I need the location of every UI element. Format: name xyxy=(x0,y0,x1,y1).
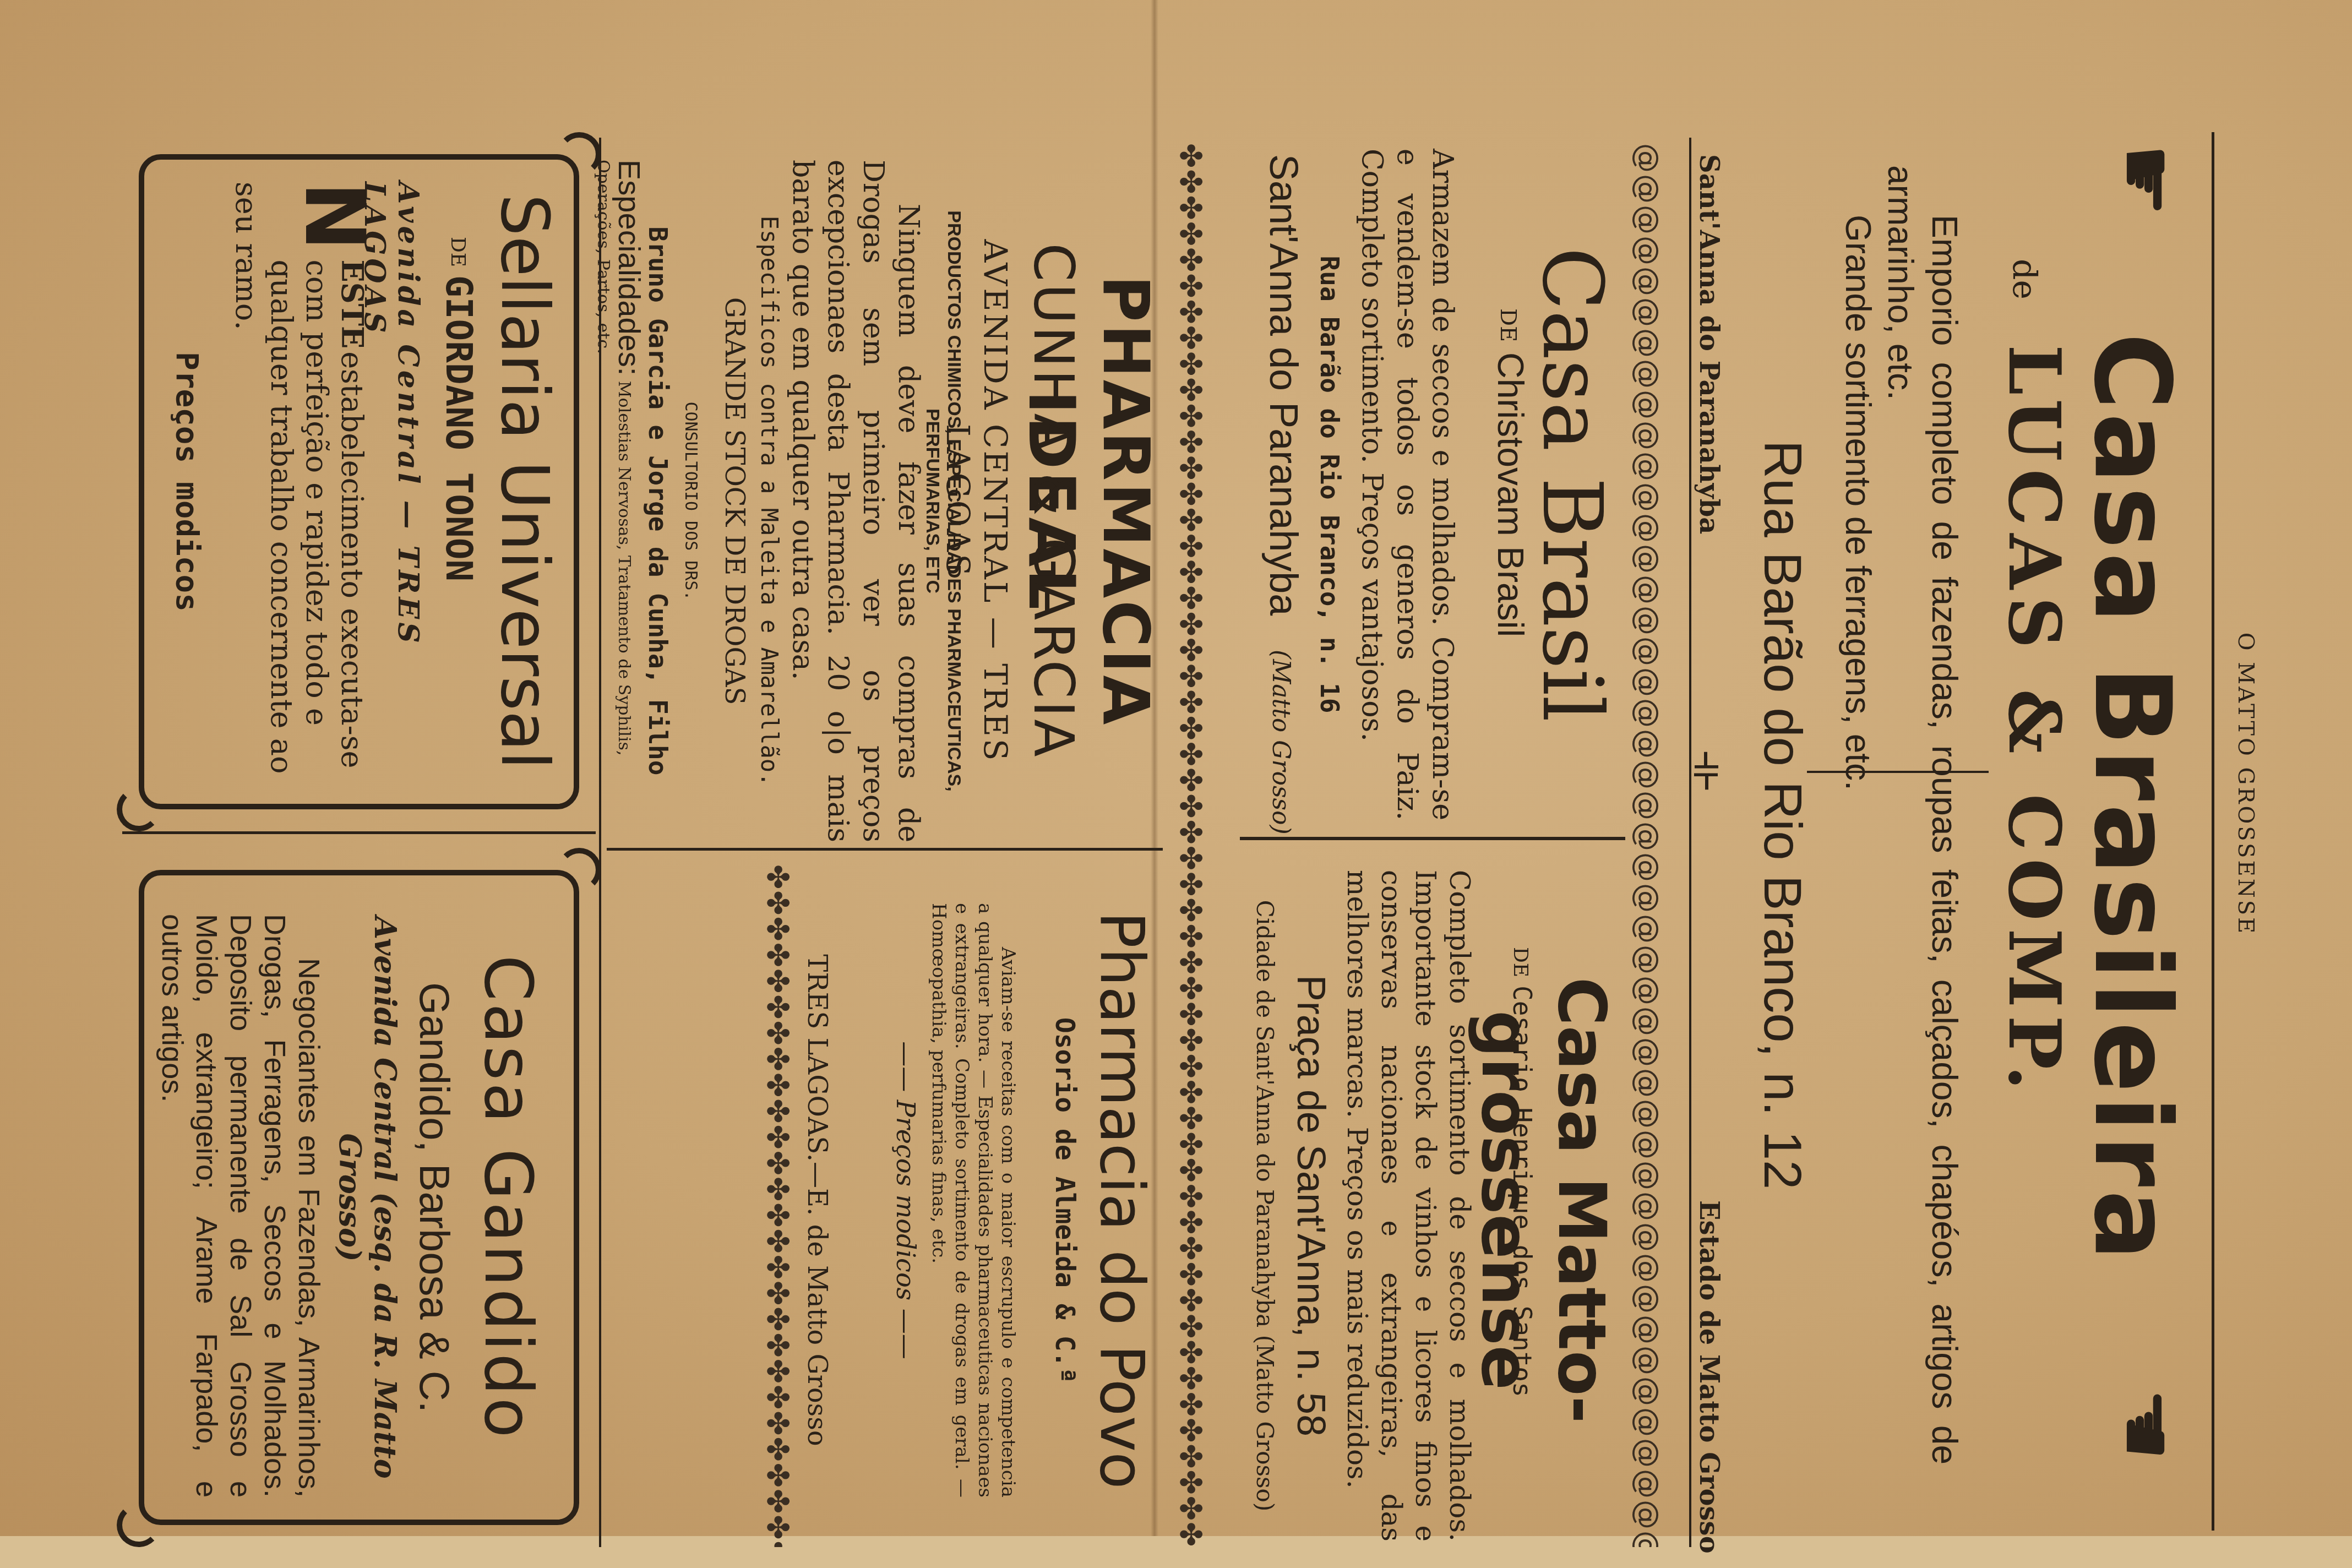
casa-gandido-body: Negociantes em Fazendas, Armarinhos, Dro… xyxy=(155,914,326,1498)
pharmacia-ideal-owner: CUNHA & GARCIA xyxy=(1021,160,1086,842)
casa-brasileira-city: Sant'Anna do Paranahyba xyxy=(1694,154,1724,534)
casa-brasileira-body: Emporio completo de fazendas, roupas fei… xyxy=(1879,165,1967,1464)
pharmacia-do-povo-owner: Osorio de Almeida & C.ª xyxy=(1049,892,1080,1509)
casa-brasileira-address: Rua Barão do Rio Branco, n. 12 xyxy=(1752,165,1812,1464)
casa-brasileira-de: de xyxy=(2005,259,2044,300)
pharmacia-ideal-body: Ninguem deve fazer suas compras de Droga… xyxy=(785,160,926,842)
sellaria-universal-de: DE xyxy=(447,237,469,267)
pharmacia-ideal-products: PRODUCTOS CHIMICOS, ESPECIALIDADES PHARM… xyxy=(922,149,965,853)
casa-matto-grossense-owner: Cesario Henrique dos Santos xyxy=(1507,986,1537,1397)
sellaria-universal-title: Sellaria Universal xyxy=(486,165,563,798)
section-rule xyxy=(1689,138,1691,1547)
specialties-label: Especialidades: xyxy=(612,160,647,375)
pharmacia-do-povo-body: Aviam-se receitas com o maior escrupulo … xyxy=(927,903,1020,1498)
casa-matto-grossense-address: Praça de Sant'Anna, n. 58 xyxy=(1288,870,1333,1542)
ornament-border-clover: ✤✤✤✤✤✤✤✤✤✤✤✤✤✤✤✤✤✤✤✤✤✤✤✤✤✤✤✤✤✤✤✤✤✤✤✤✤✤✤✤… xyxy=(1174,143,1207,1547)
casa-gandido-address: Avenida Central (esq. da R. Matto Grosso… xyxy=(333,881,403,1514)
pharmacia-do-povo-title: Pharmacia do Povo xyxy=(1087,892,1157,1509)
pharmacia-ideal-doctors: Bruno Garcia e Jorge da Cunha, Filho xyxy=(643,149,673,853)
casa-gandido-owner: Gandido, Barbosa & C. xyxy=(410,881,458,1514)
drop-cap: N xyxy=(298,182,370,251)
pharmacia-ideal-stock: GRANDE STOCK DE DROGAS xyxy=(719,160,750,842)
casa-brasil-owner: Christovam Brasil xyxy=(1490,352,1532,637)
pharmacia-ideal-consultorio: CONSULTORIO DOS DRS. xyxy=(681,160,700,842)
pointing-hand-right-icon: ☛ xyxy=(2104,143,2187,217)
column-divider xyxy=(607,848,1163,851)
masthead: O MATTO GROSSENSE xyxy=(2233,0,2258,1568)
sellaria-universal-owner: GIORDANO TONON xyxy=(438,275,480,581)
column-divider xyxy=(1240,837,1625,840)
casa-gandido-title: Casa Gandido xyxy=(470,881,546,1514)
ornament-icon: ⟛ xyxy=(1684,716,1735,826)
casa-matto-grossense-body: Completo sortimento de seccos e molhados… xyxy=(1340,870,1477,1542)
sellaria-universal-prices: Preços modicos xyxy=(169,165,205,798)
casa-brasileira-body2: Grande sortimento de ferragens, etc. xyxy=(1838,215,1879,791)
casa-brasileira-state: Estado de Matto Grosso xyxy=(1694,1200,1724,1554)
casa-matto-grossense-title: Casa Matto-grossense xyxy=(1467,853,1620,1547)
pharmacia-do-povo-location: TRES LAGOAS.—E. de Matto Grosso xyxy=(802,892,832,1509)
body-lead: ESTE xyxy=(335,260,370,349)
ornament-border-clover-small: ✤✤✤✤✤✤✤✤✤✤✤✤✤✤✤✤✤✤✤✤✤✤✤✤✤✤✤✤✤✤✤✤✤✤✤✤✤✤✤✤… xyxy=(761,864,794,1547)
newspaper-page: O MATTO GROSSENSE ☛ ☚ Casa Brasileira de… xyxy=(0,0,2352,1568)
casa-brasileira-owner: LUCAS & COMP. xyxy=(1992,308,2077,1134)
column-divider xyxy=(122,831,596,834)
casa-brasil-body: Armazem de seccos e molhados. Compram-se… xyxy=(1354,149,1460,820)
casa-brasil-address: Rua Barão do Rio Branco, n. 16 xyxy=(1315,149,1344,820)
masthead-rule xyxy=(2212,132,2214,1531)
casa-brasil-de: DE xyxy=(1495,308,1521,342)
casa-brasil-city: Sant'Anna do Paranahyba xyxy=(1261,154,1306,616)
casa-brasileira-title: Casa Brasileira xyxy=(2077,220,2187,1376)
casa-matto-grossense-de: DE xyxy=(1509,947,1532,977)
section-rule xyxy=(599,138,601,1547)
pharmacia-ideal-specifics: Especificos contra a Maleita e Amarellão… xyxy=(756,160,783,842)
casa-brasil-state: (Matto Grosso) xyxy=(1267,650,1295,835)
ornament-border-spiral: @@@@@@@@@@@@@@@@@@@@@@@@@@@@@@@@@@@@@@@@… xyxy=(1631,143,1664,1547)
pharmacia-do-povo-prices: —— Preços modicos —— xyxy=(891,892,921,1509)
sellaria-universal-body: N ESTE estabelecimento executa-se com pe… xyxy=(228,182,370,787)
casa-matto-grossense-city: Cidade de Sant'Anna do Paranahyba (Matto… xyxy=(1251,870,1278,1542)
casa-brasil-title: Casa Brasil xyxy=(1524,143,1620,826)
pointing-hand-left-icon: ☚ xyxy=(2104,1387,2187,1461)
